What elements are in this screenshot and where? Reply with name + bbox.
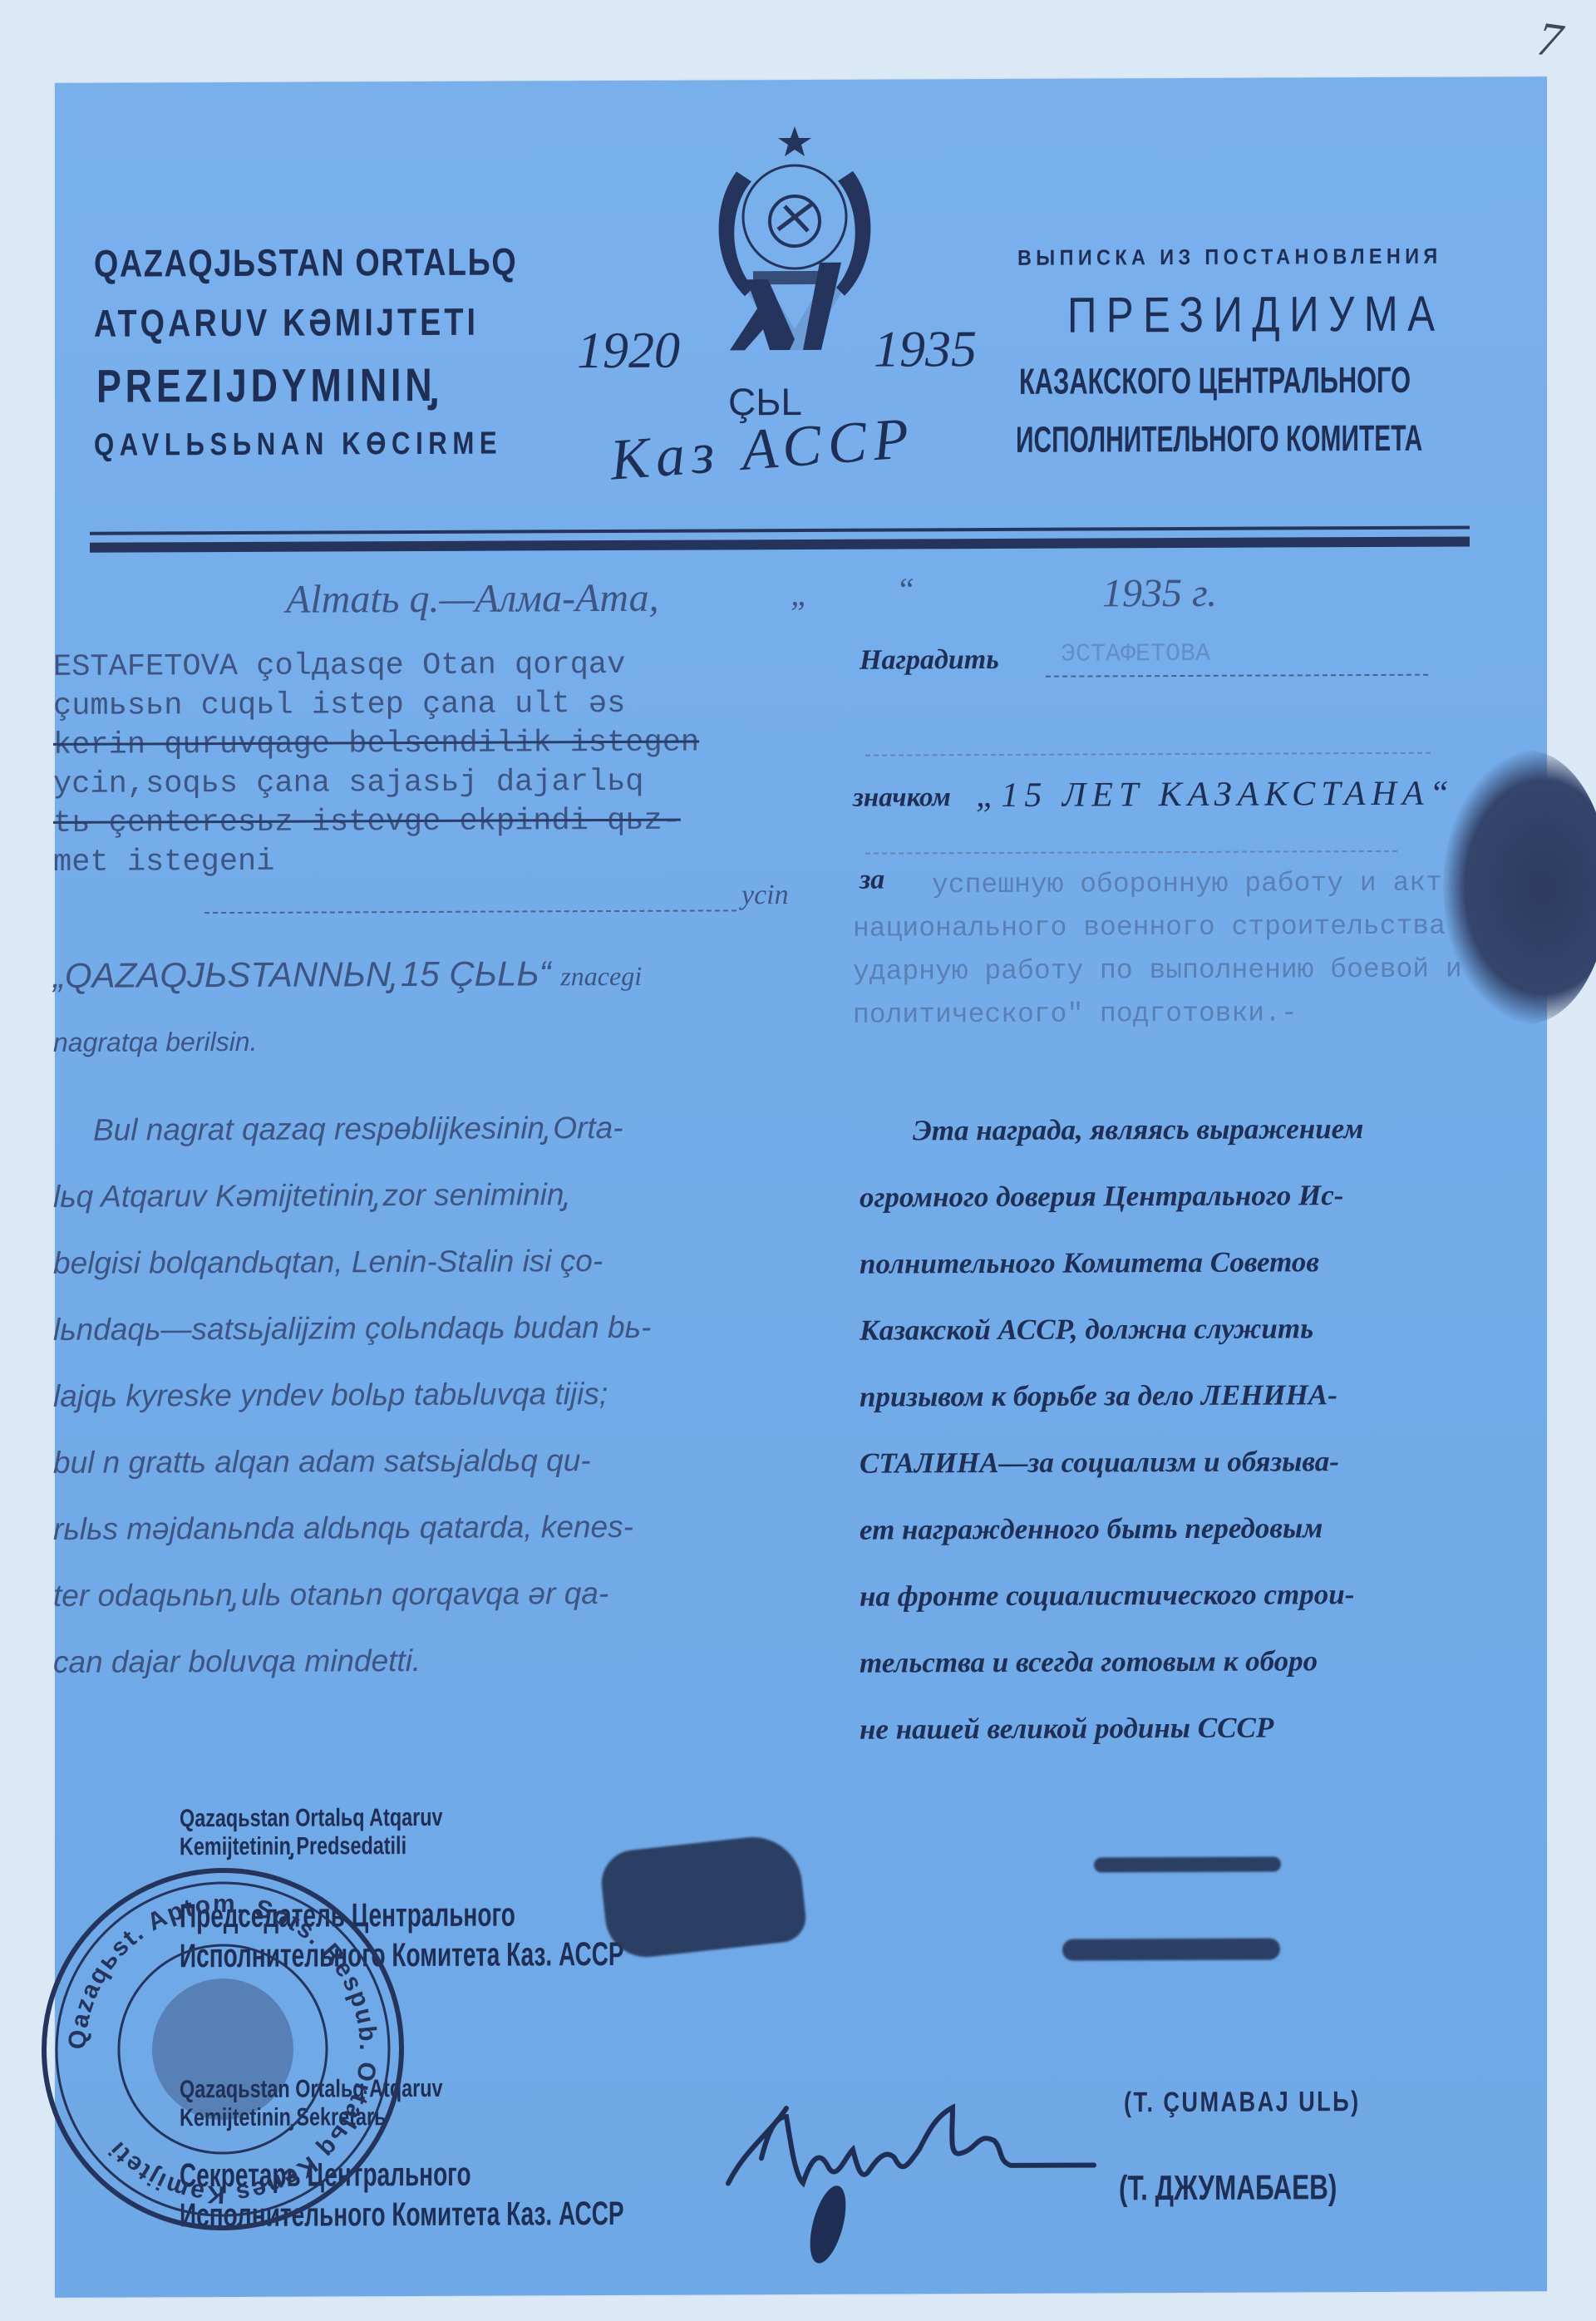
header-right-line-3: КАЗАКСКОГО ЦЕНТРАЛЬНОГО xyxy=(1019,360,1411,403)
left-paragraph-line: ter odaqьnьn̡ ulь otanьn qorqavqa ər qa- xyxy=(53,1560,651,1629)
right-paragraph: Эта награда, являясь выражением огромног… xyxy=(860,1096,1363,1763)
left-paragraph-line: rьlьs mәjdanьnda aldьnqь qatarda, kenes- xyxy=(53,1494,651,1563)
emblem-year-start: 1920 xyxy=(577,322,680,382)
right-typed-line: политического" подготовки.- xyxy=(853,992,1462,1037)
nagradit-blank-line xyxy=(1046,674,1428,678)
nagradit-second-blank-line xyxy=(865,752,1431,756)
date-quote-open: „ xyxy=(791,574,809,614)
left-paragraph: Bul nagrat qazaq respөblijkesinin̡ Orta-… xyxy=(53,1095,651,1696)
znachkom-blank-line xyxy=(865,850,1397,855)
emblem-year-end: 1935 xyxy=(874,320,977,380)
right-paragraph-line: призывом к борьбе за дело ЛЕНИНА- xyxy=(860,1362,1363,1431)
znachkom-label: значком xyxy=(853,782,951,814)
left-paragraph-line: belgisi bolqandьqtan, Lenin-Stalin isi ç… xyxy=(53,1228,651,1297)
header-left-line-3: PREZIJDYMININ̡ xyxy=(96,357,436,413)
place-label: Almatь q.—Алма-Ата, xyxy=(286,575,659,623)
right-typed-line: успешную оборонную работу и акт xyxy=(853,862,1462,908)
right-paragraph-line: ет награжденного быть передовым xyxy=(860,1495,1363,1564)
left-typed-line: ESTAFETOVA çolдasqe Otan qorqav xyxy=(53,646,699,687)
right-paragraph-line: СТАЛИНА—за социализм и обязыва- xyxy=(860,1428,1363,1497)
right-paragraph-line: не нашей великой родины СССР xyxy=(860,1694,1363,1763)
left-paragraph-line: can dajar boluvqa mindetti. xyxy=(53,1627,651,1696)
official-round-stamp-icon: Qazaqьst. Aptom. Sots. Respub. Ortalьq K… xyxy=(32,1857,414,2241)
left-typed-line: çumьsьn cuqьl istep çana ult əs xyxy=(53,685,699,727)
badge-name-latin: „QAZAQJЬSTANNЬN̡ 15 ÇЬLЬ“ znacegi xyxy=(53,954,642,996)
right-paragraph-line: тельства и всегда готовым к оборо xyxy=(860,1628,1363,1697)
ycin-label: ycin xyxy=(741,880,789,911)
date-quote-close: “ xyxy=(896,569,914,609)
award-line-latin: nagratqa berilsin. xyxy=(53,1027,257,1058)
left-paragraph-line: lьndaqь—satsьjalijzim çolьndaqь budan bь… xyxy=(53,1294,651,1363)
chairman-latin-line: Qazaqьstan Ortalьq Atqaruv xyxy=(180,1804,443,1833)
right-typed-block: успешную оборонную работу и акт национал… xyxy=(853,862,1462,1037)
znachkom-value: „15 ЛЕТ КАЗАКСТАНА“ xyxy=(976,774,1455,816)
left-paragraph-line: Bul nagrat qazaq respөblijkesinin̡ Orta- xyxy=(53,1095,651,1164)
nagradit-label: Наградить xyxy=(860,644,999,677)
header-right-line-4: ИСПОЛНИТЕЛЬНОГО КОМИТЕТА xyxy=(1016,418,1422,461)
left-paragraph-line: lьq Atqaruv Kəmijtetinin̡ zor seniminin̡ xyxy=(53,1161,651,1230)
right-paragraph-line: на фронте социалистического строи- xyxy=(860,1561,1363,1630)
secretary-signature-icon xyxy=(712,2057,1102,2266)
right-paragraph-line: полнительного Комитета Советов xyxy=(860,1229,1363,1298)
header-left-latin: QAZAQJЬSTAN ORTALЬQ ATQARUV KƏMIJTETI PR… xyxy=(55,76,1547,83)
left-typed-line: tь çenteresьz istevge ekpindi qьz- xyxy=(53,802,699,844)
left-typed-line: met istegeni xyxy=(53,841,699,883)
date-year: 1935 г. xyxy=(1102,570,1217,617)
chairman-name-latin-redacted xyxy=(1094,1856,1281,1872)
badge-suffix-text: znacegi xyxy=(560,961,642,991)
chairman-signature-redacted xyxy=(598,1832,808,1961)
header-right-line-2: ПРЕЗИДИУМА xyxy=(1067,285,1445,344)
left-typed-block: ESTAFETOVA çolдasqe Otan qorqav çumьsьn … xyxy=(53,646,699,883)
secretary-name-latin: (T. ÇUMABAJ ULЬ) xyxy=(1124,2086,1361,2119)
ycin-blank-line xyxy=(204,909,736,914)
right-paragraph-line: огромного доверия Центрального Ис- xyxy=(860,1162,1363,1231)
right-paragraph-line: Казакской АССР, должна служить xyxy=(860,1295,1363,1364)
left-paragraph-line: lajqь kyreske yndev bolьp tabьluvqa tiji… xyxy=(53,1361,651,1430)
header-rule-thick xyxy=(90,536,1470,552)
page-number: 7 xyxy=(1534,10,1565,68)
nagradit-value: ЭСТАФЕТОВА xyxy=(1061,640,1210,669)
kazakh-assr-emblem-icon xyxy=(687,121,903,354)
left-typed-line: kerin quruvqage belsendilik istegen xyxy=(53,724,699,766)
right-typed-line: национального военного строительства xyxy=(853,905,1462,951)
right-typed-line: ударную работу по выполнению боевой и xyxy=(853,949,1462,994)
emblem-kaz-assr: Каз АССР xyxy=(608,406,918,495)
chairman-title-latin: Qazaqьstan Ortalьq Atqaruv Kemijtetinin̡… xyxy=(180,1804,443,1861)
header-right-line-1: ВЫПИСКА ИЗ ПОСТАНОВЛЕНИЯ xyxy=(1017,244,1442,271)
document-sheet: QAZAQJЬSTAN ORTALЬQ ATQARUV KƏMIJTETI PR… xyxy=(55,76,1547,2298)
chairman-name-cyrillic-redacted xyxy=(1062,1938,1280,1960)
header-rule-thin xyxy=(90,525,1470,535)
left-typed-line: ycin,soqьs çana sajasьj dajarlьq xyxy=(53,763,699,805)
header-left-line-1: QAZAQJЬSTAN ORTALЬQ xyxy=(94,239,517,285)
right-paragraph-line: Эта награда, являясь выражением xyxy=(860,1096,1363,1165)
left-paragraph-line: bul n grattь alqan adam satsьjaldьq qu- xyxy=(53,1427,651,1496)
secretary-name-cyrillic: (Т. ДЖУМАБАЕВ) xyxy=(1119,2167,1337,2208)
ink-blot xyxy=(1443,750,1596,1025)
header-left-line-4: QAVLЬSЬNAN KƟCIRME xyxy=(94,426,502,464)
badge-name-text: „QAZAQJЬSTANNЬN̡ 15 ÇЬLЬ“ xyxy=(53,954,551,995)
header-left-line-2: ATQARUV KƏMIJTETI xyxy=(94,299,479,346)
